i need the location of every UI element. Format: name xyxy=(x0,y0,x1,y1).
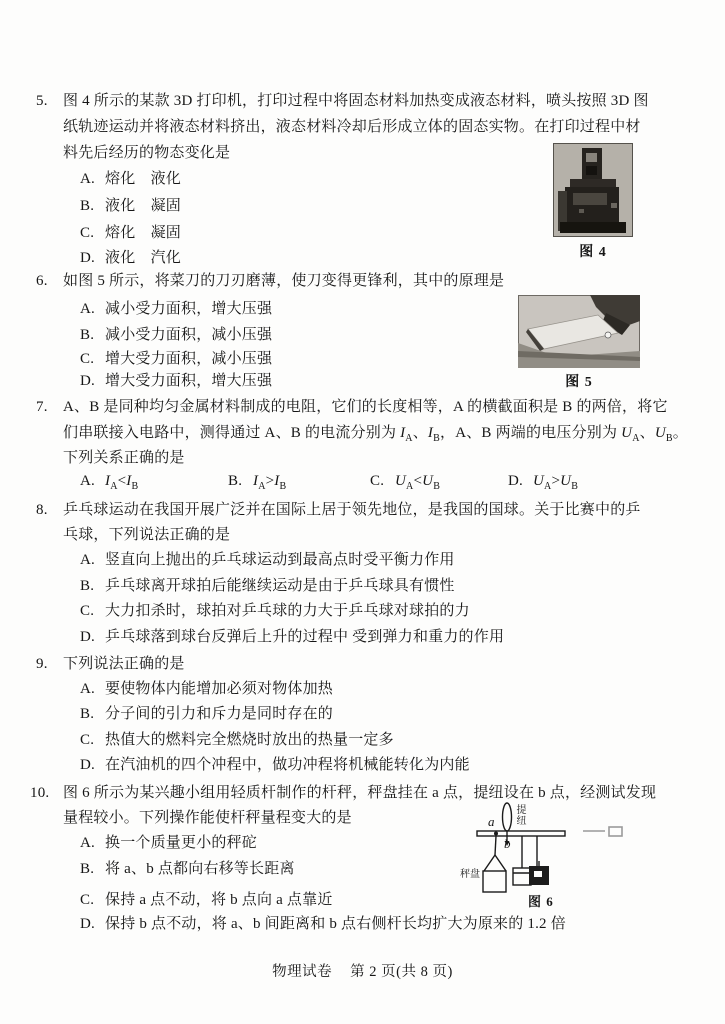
footer-page-number: 第 2 页(共 8 页) xyxy=(350,960,453,981)
figure-6-label-a: a xyxy=(488,816,495,827)
lift-cord-loop xyxy=(503,803,512,831)
sliding-weight xyxy=(529,861,549,885)
option-text: 保持 b 点不动，将 a、b 间距离和 b 点右侧杆长均扩大为原来的 1.2 倍 xyxy=(105,916,566,932)
question-10-option-a: A.换一个质量更小的秤砣 xyxy=(80,834,257,852)
figure-6-caption: 图 6 xyxy=(528,891,554,910)
option-label: A. xyxy=(80,834,97,852)
option-label: C. xyxy=(80,891,97,909)
question-number: 10. xyxy=(30,784,63,802)
option-text: 保持 a 点不动，将 b 点向 a 点靠近 xyxy=(105,892,333,908)
question-10: 10.图 6 所示为某兴趣小组用轻质杆制作的杆秤，秤盘挂在 a 点，提纽设在 b… xyxy=(0,0,725,1024)
option-label: B. xyxy=(80,860,97,878)
figure-6-label-pan: 秤盘 xyxy=(460,869,480,880)
option-label: D. xyxy=(80,915,97,933)
steelyard-beam xyxy=(477,831,565,836)
page-footer: 物理试卷 第 2 页(共 8 页) xyxy=(0,960,725,981)
option-text: 将 a、b 点都向右移等长距离 xyxy=(105,861,295,877)
question-10-option-d: D.保持 b 点不动，将 a、b 间距离和 b 点右侧杆长均扩大为原来的 1.2… xyxy=(80,915,566,933)
question-10-option-b: B.将 a、b 点都向右移等长距离 xyxy=(80,860,295,878)
exam-page: 5.图 4 所示的某款 3D 打印机，打印过程中将固态材料加热变成液态材料，喷头… xyxy=(0,0,725,1024)
footer-paper-title: 物理试卷 xyxy=(272,960,332,981)
option-text: 换一个质量更小的秤砣 xyxy=(105,835,257,851)
question-10-line-2: 量程较小。下列操作能使杆秤量程变大的是 xyxy=(63,809,352,827)
scan-smudge xyxy=(583,827,622,836)
weight-box xyxy=(513,868,531,885)
question-10-option-c: C.保持 a 点不动，将 b 点向 a 点靠近 xyxy=(80,891,333,909)
pan-shape xyxy=(483,871,506,892)
figure-6-label-lift-cord: 提纽 xyxy=(514,804,525,826)
figure-6-label-b: b xyxy=(504,838,511,849)
point-a-dot xyxy=(494,832,498,836)
